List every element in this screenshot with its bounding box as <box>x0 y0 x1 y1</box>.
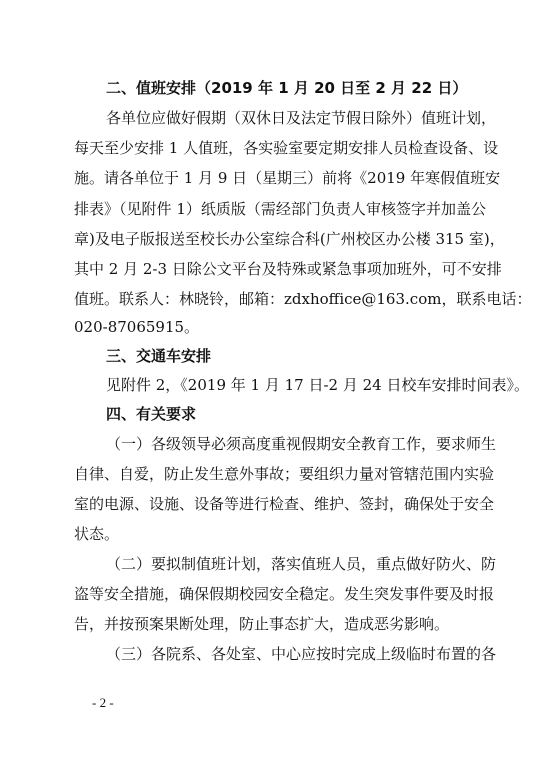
paragraph-line-contact: 值班。联系人：林晓铃，邮箱：zdxhoffice@163.com，联系电话： <box>74 289 486 309</box>
section-heading-duty-schedule: 二、值班安排（2019 年 1 月 20 日至 2 月 22 日） <box>106 78 486 98</box>
paragraph-line: 见附件 2，《2019 年 1 月 17 日-2 月 24 日校车安排时间表》。 <box>106 375 486 395</box>
paragraph-line: 其中 2 月 2-3 日除公文平台及特殊或紧急事项加班外，可不安排 <box>74 259 486 279</box>
paragraph-line-phone: 020-87065915。 <box>74 317 486 337</box>
paragraph-line: 自律、自爱，防止发生意外事故；要组织力量对管辖范围内实验 <box>74 464 486 484</box>
paragraph-line: 告，并按预案果断处理，防止事态扩大，造成恶劣影响。 <box>74 614 486 634</box>
paragraph-line: 章)及电子版报送至校长办公室综合科(广州校区办公楼 315 室)， <box>74 229 486 249</box>
page-number: - 2 - <box>92 694 114 712</box>
section-heading-requirements: 四、有关要求 <box>106 404 486 424</box>
paragraph-line: （三）各院系、各处室、中心应按时完成上级临时布置的各 <box>106 644 486 664</box>
paragraph-line: 施。请各单位于 1 月 9 日（星期三）前将《2019 年寒假值班安 <box>74 168 486 188</box>
paragraph-line: 室的电源、设施、设备等进行检查、维护、签封，确保处于安全 <box>74 494 486 514</box>
paragraph-line: 各单位应做好假期（双休日及法定节假日除外）值班计划， <box>106 108 486 128</box>
document-page: 二、值班安排（2019 年 1 月 20 日至 2 月 22 日） 各单位应做好… <box>0 0 552 757</box>
paragraph-line: （一）各级领导必须高度重视假期安全教育工作，要求师生 <box>106 434 486 454</box>
paragraph-line: （二）要拟制值班计划，落实值班人员，重点做好防火、防 <box>106 554 486 574</box>
section-heading-shuttle: 三、交通车安排 <box>106 346 486 366</box>
paragraph-line: 每天至少安排 1 人值班，各实验室要定期安排人员检查设备、设 <box>74 138 486 158</box>
paragraph-line: 盗等安全措施，确保假期校园安全稳定。发生突发事件要及时报 <box>74 584 486 604</box>
paragraph-line: 状态。 <box>74 524 486 544</box>
paragraph-line: 排表》（见附件 1）纸质版（需经部门负责人审核签字并加盖公 <box>74 199 486 219</box>
